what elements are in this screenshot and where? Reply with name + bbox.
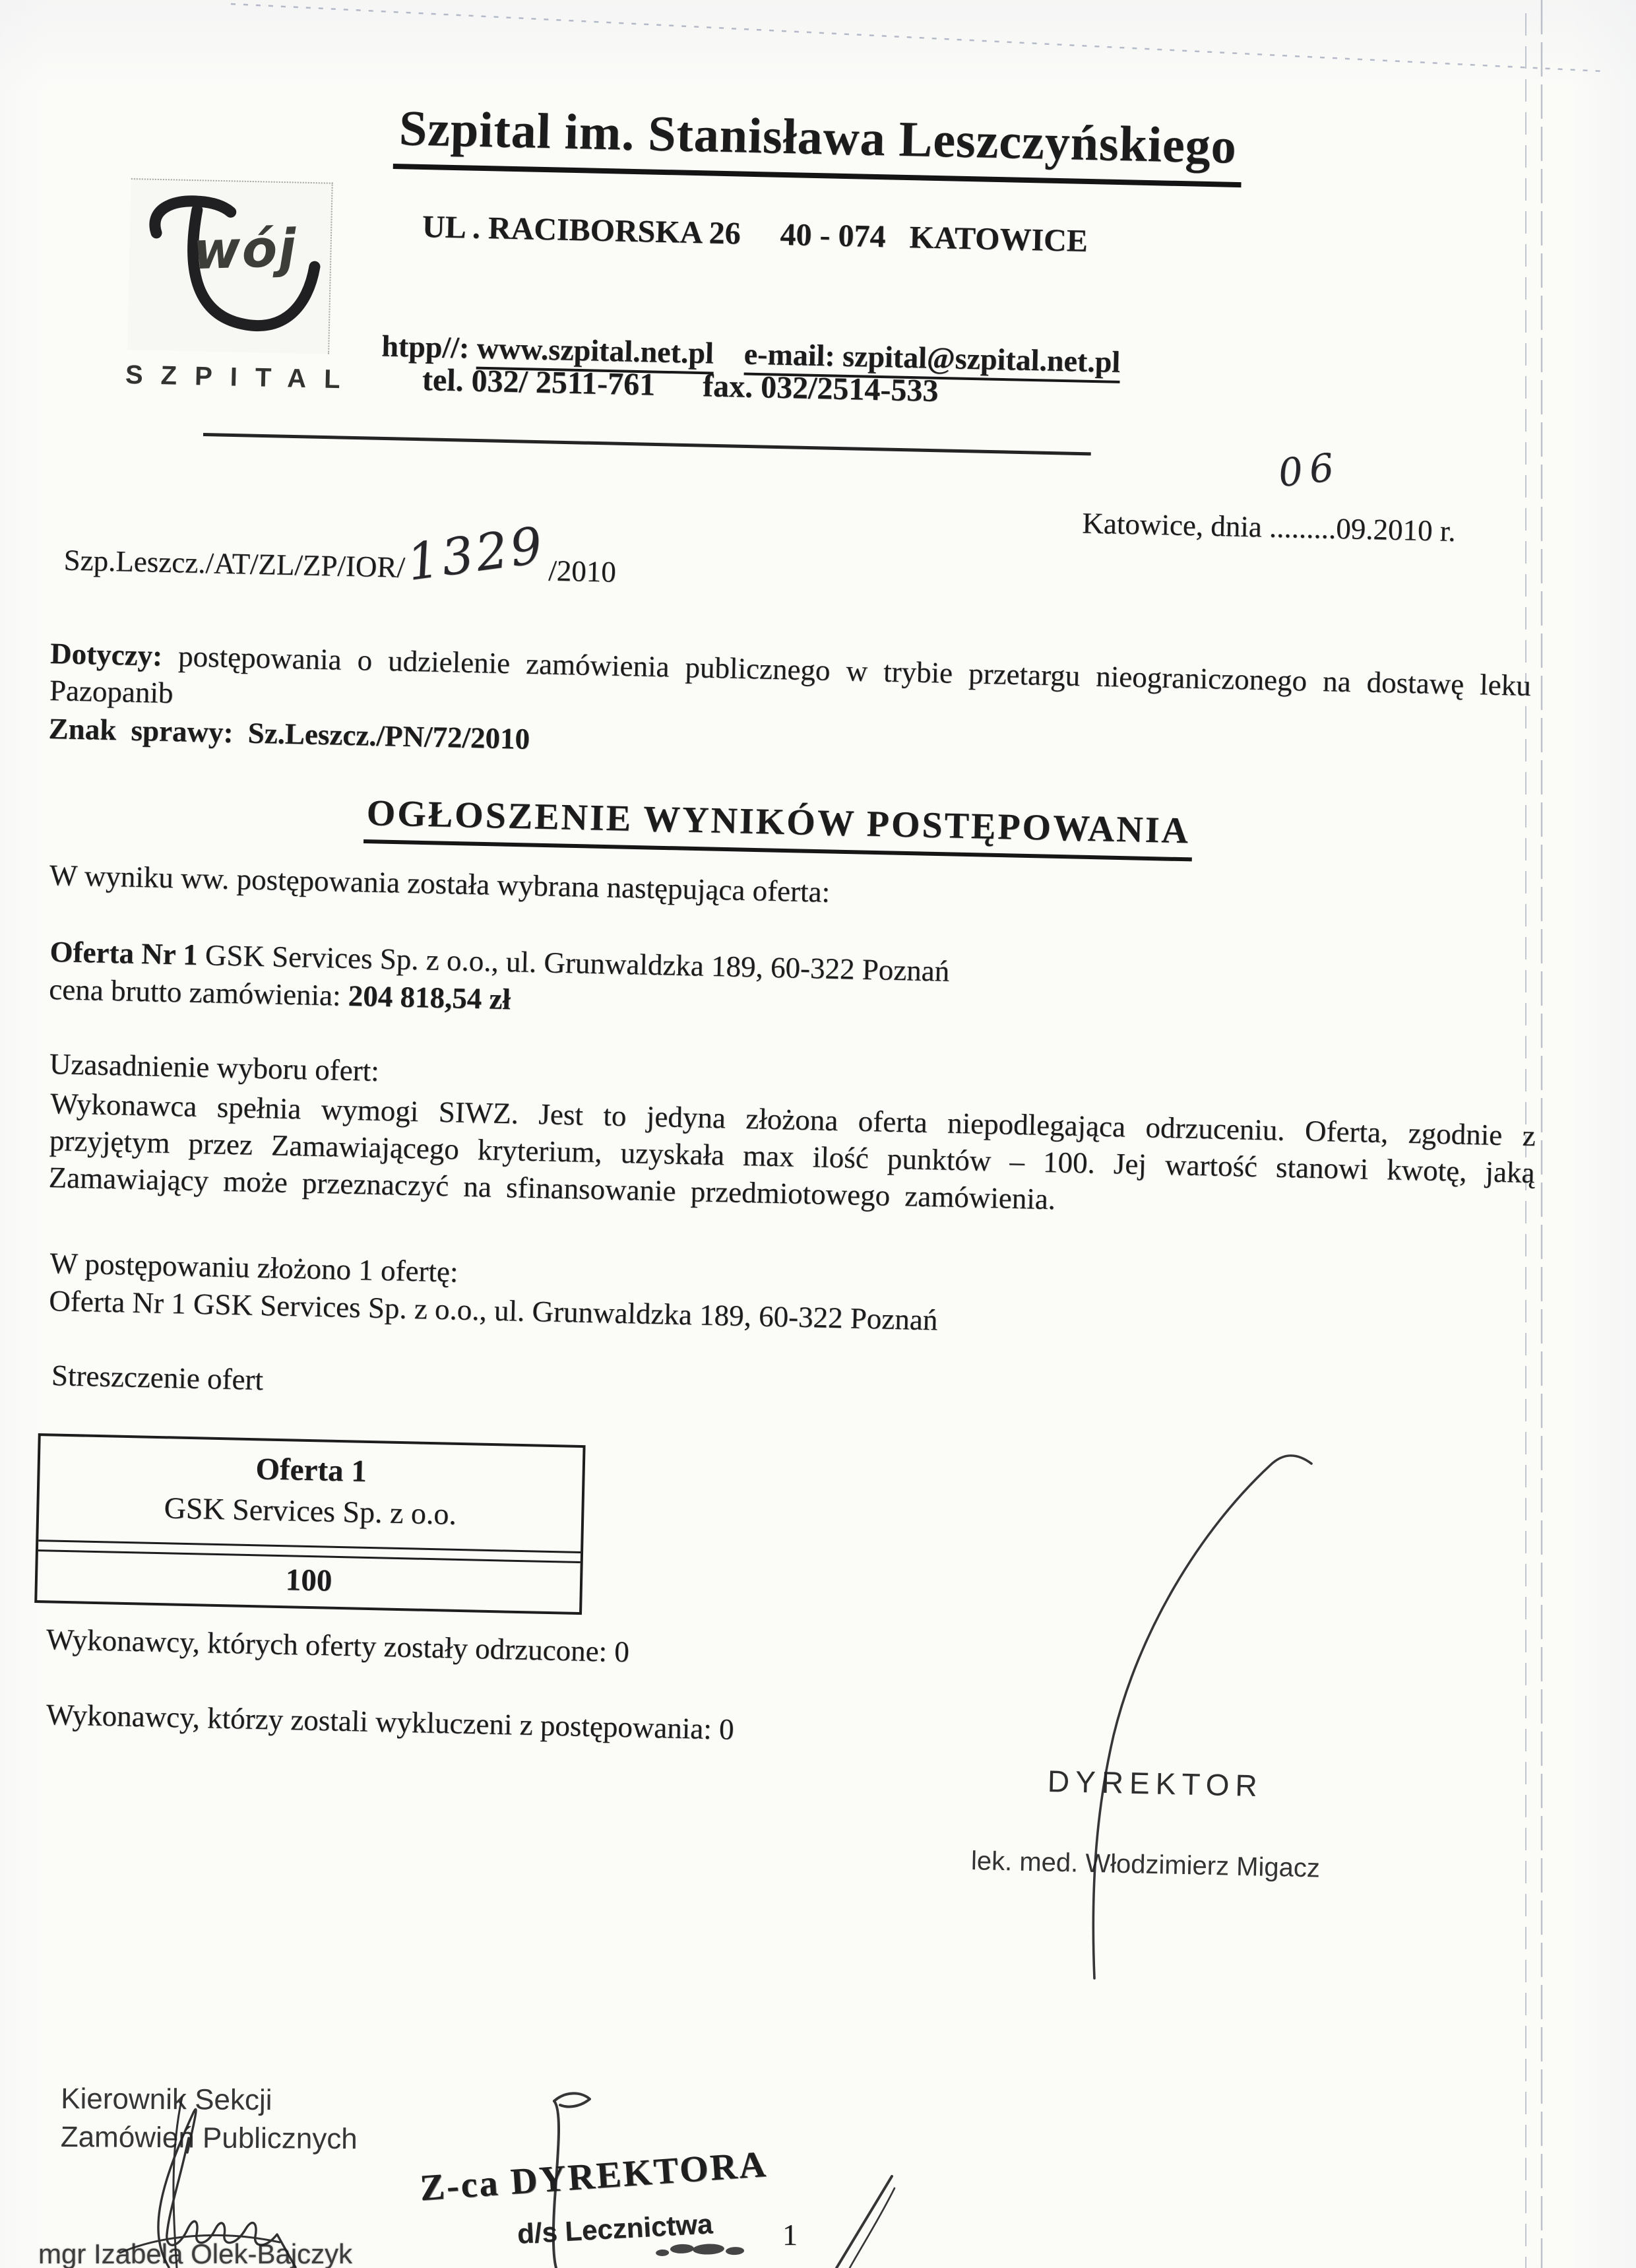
reference-number-line: Szp.Leszcz./AT/ZL/ZP/IOR/1329/2010 [48, 488, 617, 594]
head-of-section-line1: Kierownik Sekcji [61, 2080, 358, 2120]
director-stamp-name: lek. med. Włodzimierz Migacz [971, 1846, 1321, 1884]
logo-subtitle: SZPITAL [125, 360, 344, 395]
web-prefix: htpp//: [381, 329, 478, 365]
justification-title: Uzasadnienie wyboru ofert: [49, 1047, 379, 1088]
summary-title: Streszczenie ofert [51, 1358, 263, 1397]
selected-offer-block: Oferta Nr 1 GSK Services Sp. z o.o., ul.… [49, 933, 950, 1028]
price-value: 204 818,54 zł [348, 979, 511, 1016]
announcement-heading: OGŁOSZENIE WYNIKÓW POSTĘPOWANIA [363, 792, 1193, 861]
header-divider [203, 433, 1091, 455]
deputy-director-stamp-line1: Z-ca DYREKTORA [418, 2143, 769, 2210]
reference-suffix: /2010 [548, 554, 617, 589]
logo-script-letters: wój [192, 218, 298, 281]
announcement-heading-wrap: OGŁOSZENIE WYNIKÓW POSTĘPOWANIA [0, 784, 1557, 869]
page-number: 1 [782, 2217, 798, 2252]
intro-line: W wyniku ww. postępowania została wybran… [49, 858, 830, 909]
date-prefix: Katowice, dnia [1082, 506, 1270, 543]
offers-table-header: Oferta 1 GSK Services Sp. z o.o. [38, 1436, 582, 1553]
subject-block: Dotyczy: postępowania o udzielenie zamów… [48, 635, 1531, 779]
director-signature-stroke [1093, 1456, 1311, 1978]
subject-label: Dotyczy: [50, 637, 163, 672]
offer-header-line2: GSK Services Sp. z o.o. [46, 1487, 575, 1534]
hospital-title: Szpital im. Stanisława Leszczyńskiego [393, 100, 1243, 187]
submissions-block: W postępowaniu złożono 1 ofertę: Oferta … [49, 1245, 939, 1339]
page-corner-mark [836, 2176, 895, 2268]
hospital-logo: wój [127, 178, 333, 354]
handwritten-day: 06 [1276, 444, 1342, 496]
director-stamp-title: DYREKTOR [1047, 1763, 1263, 1803]
offers-table: Oferta 1 GSK Services Sp. z o.o. 100 [34, 1433, 585, 1615]
rejected-line: Wykonawcy, których oferty zostały odrzuc… [46, 1622, 629, 1669]
date-dots: ........ [1269, 511, 1329, 545]
offer-label: Oferta Nr 1 [49, 935, 198, 971]
subject-text: postępowania o udzielenie zamówienia pub… [49, 639, 1531, 709]
deputy-director-stamp-line2: d/s Lecznictwa [517, 2208, 714, 2250]
date-suffix: .09.2010 r. [1329, 512, 1457, 548]
excluded-line: Wykonawcy, którzy zostali wykluczeni z p… [46, 1697, 734, 1747]
handwritten-reference-number: 1329 [404, 515, 549, 592]
date-line: Katowice, dnia .........09.2010 r. 06 [1066, 471, 1457, 583]
head-of-section-name: mgr Izabela Olek-Bajczyk [38, 2238, 352, 2268]
stamp-smudge [656, 2242, 745, 2258]
page-top-edge-artifact [231, 4, 1603, 71]
head-of-section-line2: Zamówień Publicznych [61, 2118, 358, 2158]
justification-paragraph: Wykonawca spełnia wymogi SIWZ. Jest to j… [48, 1085, 1536, 1228]
offer-header-line1: Oferta 1 [46, 1446, 576, 1493]
price-label: cena brutto zamówienia: [49, 973, 349, 1012]
reference-prefix: Szp.Leszcz./AT/ZL/ZP/IOR/ [63, 543, 405, 583]
hospital-address: UL . RACIBORSKA 26 40 - 074 KATOWICE [422, 209, 1088, 259]
head-of-section-stamp: Kierownik Sekcji Zamówień Publicznych [61, 2080, 358, 2158]
